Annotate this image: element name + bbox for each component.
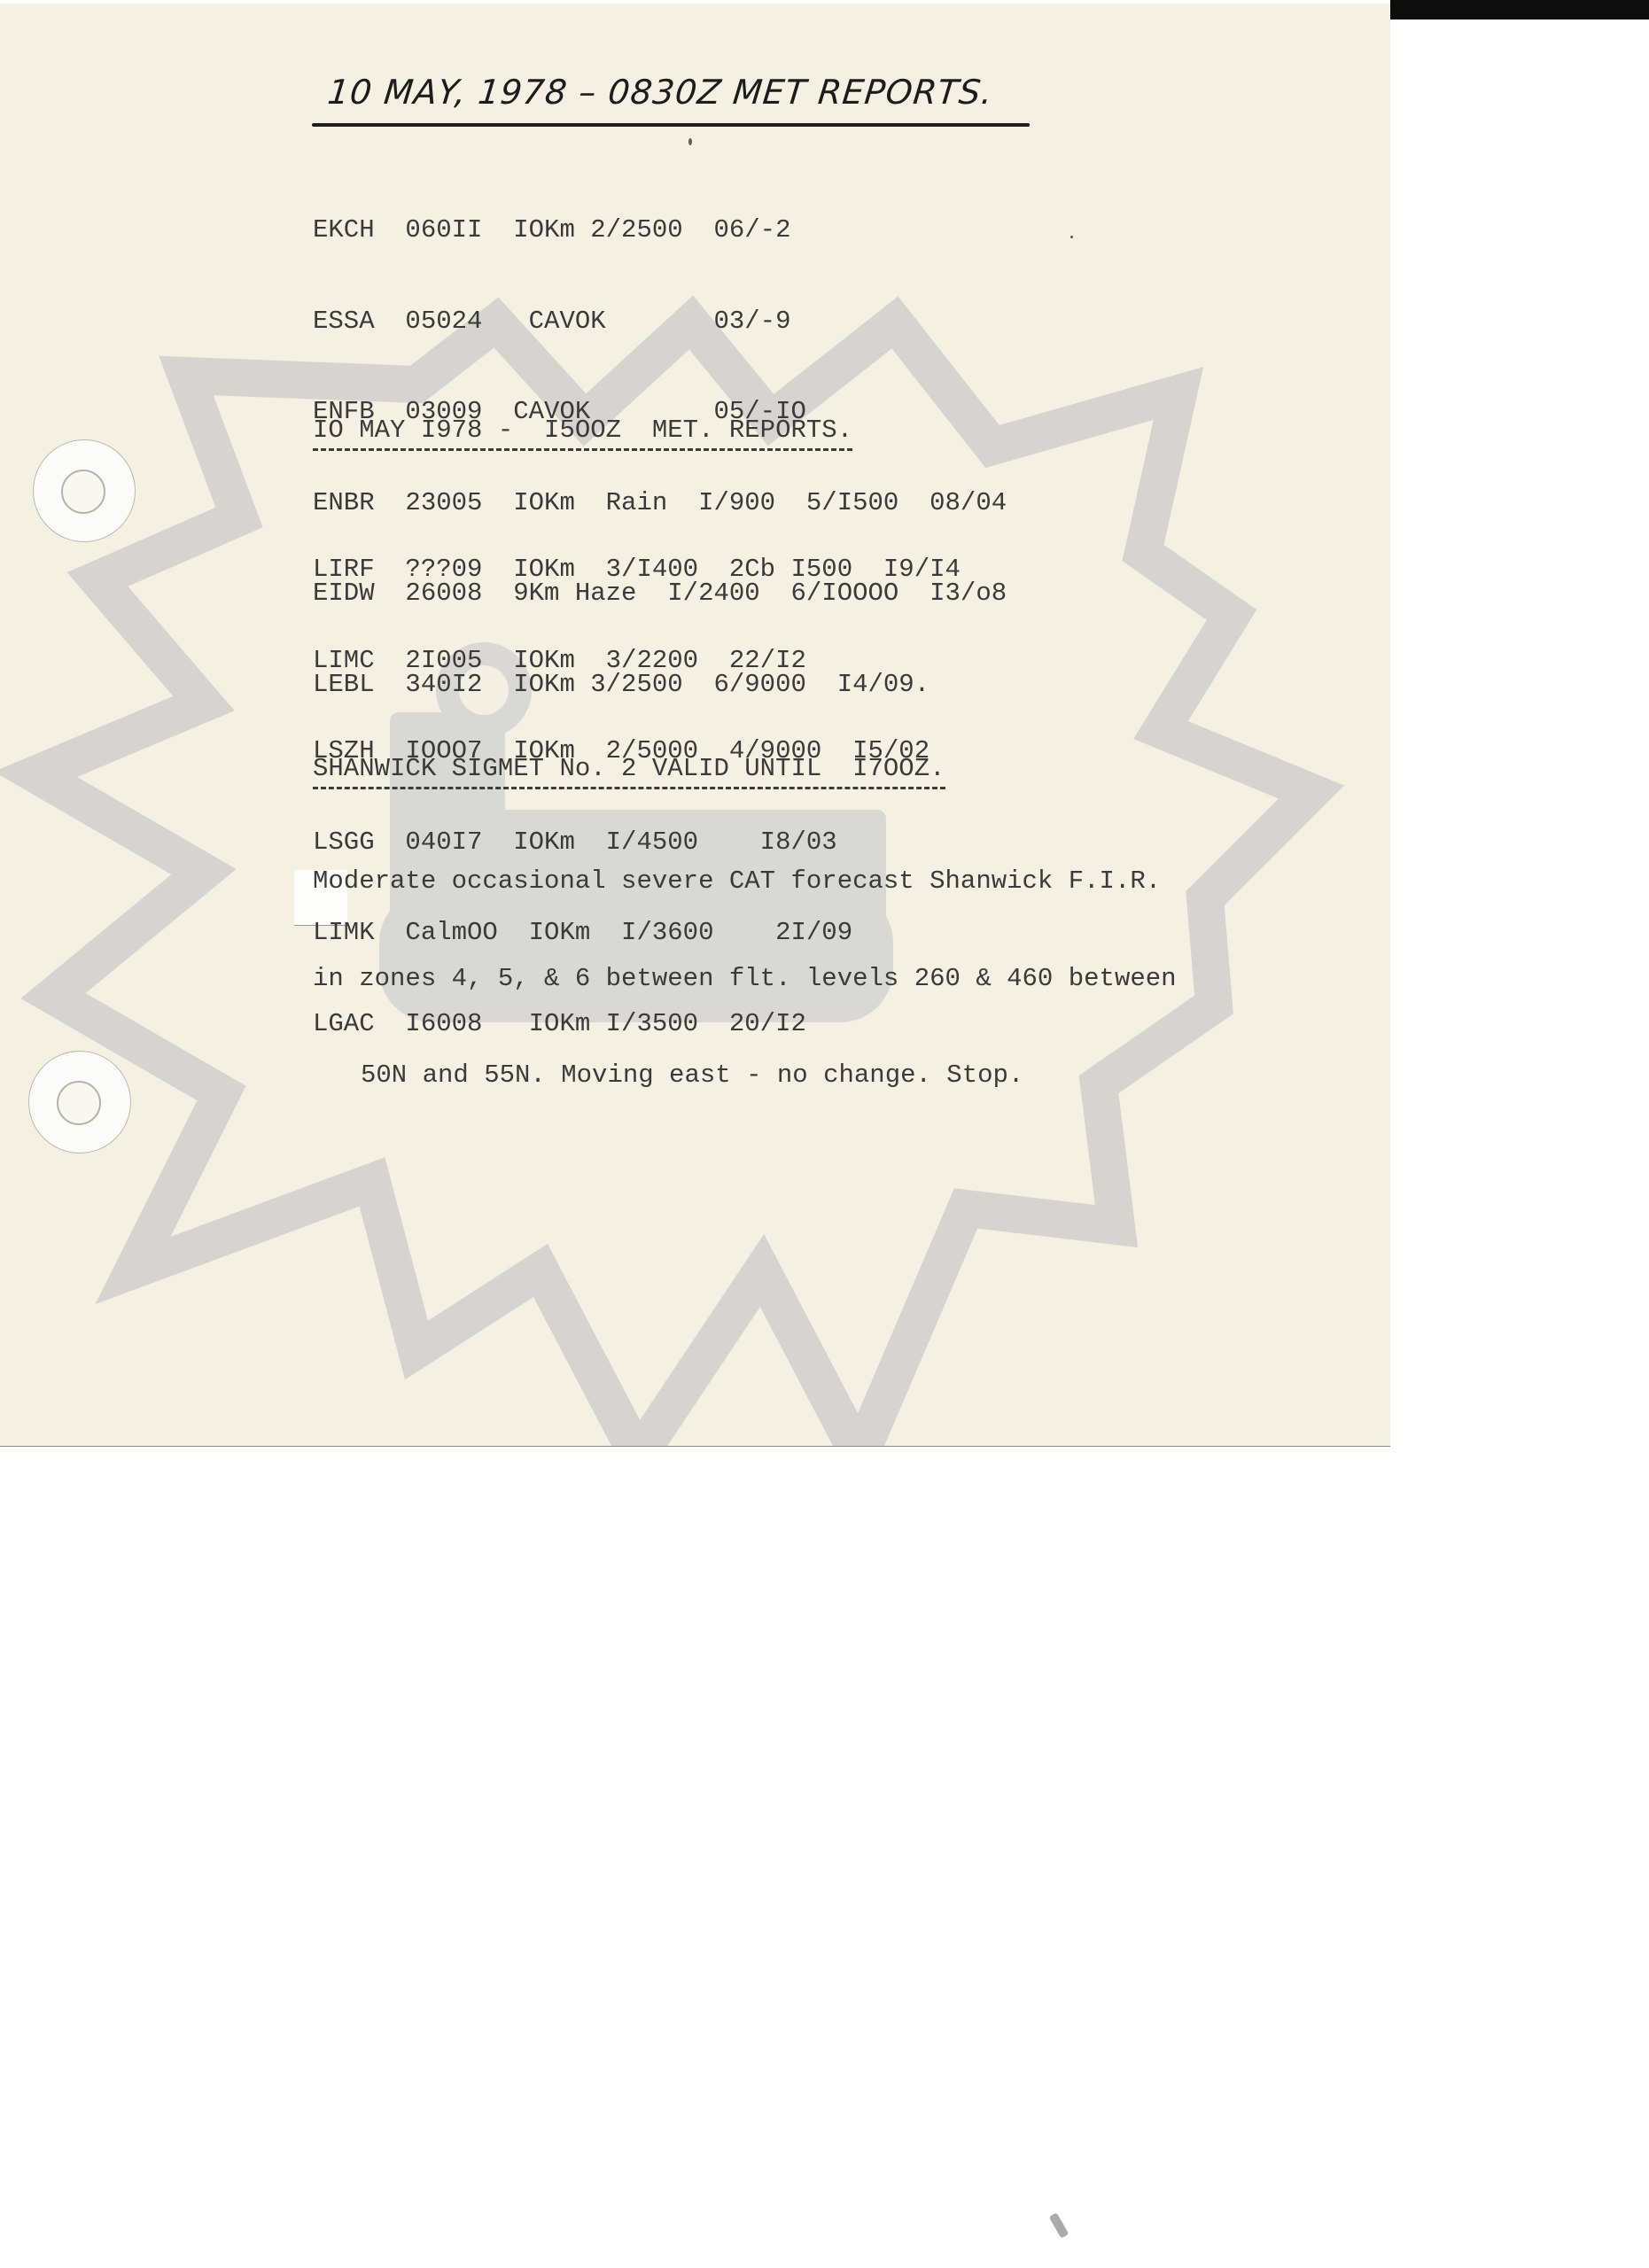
binder-hole-reinforcement-top xyxy=(33,439,136,542)
binder-hole-reinforcement-bottom xyxy=(28,1051,131,1153)
handwritten-underline xyxy=(312,123,1030,127)
scan-border-strip xyxy=(1390,0,1649,19)
section-heading-1500: IO MAY I978 - I5OOZ MET. REPORTS. xyxy=(313,415,852,451)
handwritten-title: 10 MAY, 1978 – 0830Z MET REPORTS. xyxy=(326,73,995,112)
sigmet-line: 50N and 55N. Moving east - no change. St… xyxy=(313,1060,1177,1092)
document-page: 10 MAY, 1978 – 0830Z MET REPORTS. EKCH 0… xyxy=(0,4,1390,1447)
ink-speck xyxy=(688,138,692,145)
report-row: ESSA 05024 CAVOK 03/-9 xyxy=(313,306,1007,338)
ink-speck xyxy=(1070,236,1073,238)
report-row: LIMC 2I005 IOKm 3/2200 22/I2 xyxy=(313,645,961,678)
report-row: EKCH 060II IOKm 2/2500 06/-2 xyxy=(313,214,1007,247)
sigmet-heading: SHANWICK SIGMET No. 2 VALID UNTIL I7OOZ. xyxy=(313,753,945,789)
sigmet-line: Moderate occasional severe CAT forecast … xyxy=(313,866,1177,898)
scan-dust-mark xyxy=(1049,2212,1070,2238)
sigmet-text: Moderate occasional severe CAT forecast … xyxy=(313,801,1177,1157)
report-row: LIRF ???09 IOKm 3/I400 2Cb I500 I9/I4 xyxy=(313,554,961,586)
sigmet-line: in zones 4, 5, & 6 between flt. levels 2… xyxy=(313,963,1177,996)
